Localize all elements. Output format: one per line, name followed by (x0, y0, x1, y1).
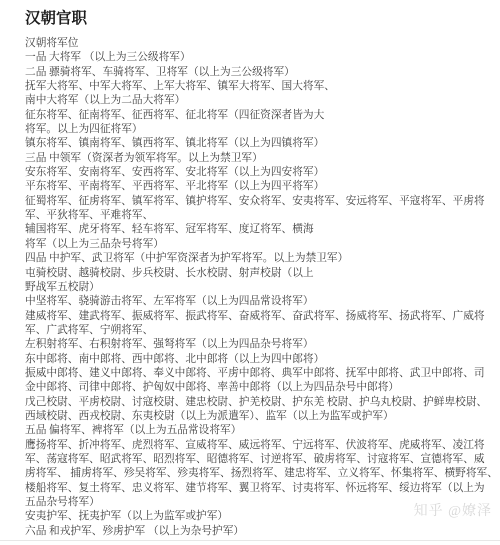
text-line: 东中郎将、南中郎将、西中郎将、北中郎将（以上为四中郎将） (25, 352, 500, 366)
text-line: 西域校尉、西戎校尉、东夷校尉（以上为派遣军）、监军（以上为监军或护军） (25, 409, 500, 423)
text-line: 金中郎将、司律中郎将、护匈奴中郎将、率善中郎将（以上为四品杂号中郎将） (25, 380, 500, 394)
text-line: 楼船将军、复土将军、忠义将军、建节将军、翼卫将军、讨夷将军、怀远将军、绥边将军（… (25, 481, 500, 495)
text-line: 四品 中护军、武卫将军（中护军资深者为护军将军。以上为禁卫军） (25, 251, 500, 265)
text-line: 征东将军、征南将军、征西将军、征北将军（四征资深者皆为大 (25, 108, 500, 122)
text-line: 建威将军、建武将军、振威将军、振武将军、奋威将军、奋武将军、扬威将军、扬武将军、… (25, 309, 500, 323)
text-line: 军、广武将军、宁朔将军、 (25, 323, 500, 337)
zhihu-watermark: 知乎 @嫽泽 (414, 504, 492, 520)
text-line: 军、平狄将军、平难将军、 (25, 208, 500, 222)
text-line: 五品 偏将军、裨将军（以上为五品常设将军） (25, 423, 500, 437)
text-line: 汉朝将军位 (25, 36, 500, 50)
text-line: 二品 骠骑将军、车骑将军、卫将军（以上为三公级将军） (25, 65, 500, 79)
text-line: 抚军大将军、中军大将军、上军大将军、镇军大将军、国大将军、 (25, 79, 500, 93)
bottom-divider (0, 540, 500, 541)
text-line: 野战军五校尉） (25, 280, 500, 294)
text-line: 征蜀将军、征虏将军、镇军将军、镇护将军、安众将军、安夷将军、安远将军、平寇将军、… (25, 194, 500, 208)
text-line: 虏将军、 捕虏将军、殄吴将军、殄夷将军、扬烈将军、建忠将军、立义将军、怀集将军、… (25, 466, 500, 480)
text-line: 鹰扬将军、折冲将军、虎烈将军、宣威将军、威远将军、宁远将军、伏波将军、虎威将军、… (25, 438, 500, 452)
text-line: 将军。以上为四征将军） (25, 122, 500, 136)
text-line: 辅国将军、虎牙将军、轻车将军、冠军将军、度辽将军、横海 (25, 222, 500, 236)
text-line: 军、荡寇将军、昭武将军、昭烈将军、昭德将军、讨逆将军、破虏将军、讨寇将军、宣德将… (25, 452, 500, 466)
text-line: 一品 大将军 （以上为三公级将军） (25, 50, 500, 64)
text-line: 中坚将军、骁骑游击将军、左军将军（以上为四品常设将军） (25, 294, 500, 308)
text-line: 三品 中领军（资深者为领军将军。以上为禁卫军） (25, 151, 500, 165)
text-line: 平东将军、平南将军、平西将军、平北将军（以上为四平将军） (25, 179, 500, 193)
text-line: 安东将军、安南将军、安西将军、安北将军（以上为四安将军） (25, 165, 500, 179)
document-body: 汉朝将军位一品 大将军 （以上为三公级将军）二品 骠骑将军、车骑将军、卫将军（以… (0, 28, 500, 538)
text-line: 左积射将军、右积射将军、强弩将军（以上为四品杂号将军） (25, 337, 500, 351)
document-page: 汉朝官职 汉朝将军位一品 大将军 （以上为三公级将军）二品 骠骑将军、车骑将军、… (0, 0, 500, 545)
page-title: 汉朝官职 (0, 0, 500, 28)
text-line: 将军（以上为三品杂号将军） (25, 237, 500, 251)
text-line: 六品 和戎护军、殄虏护军 （以上为杂号护军） (25, 524, 500, 538)
text-line: 振威中郎将、建义中郎将、奉义中郎将、平虏中郎将、典军中郎将、抚军中郎将、武卫中郎… (25, 366, 500, 380)
text-line: 戊己校尉、平虏校尉、讨寇校尉、建忠校尉、护羌校尉、护东羌 校尉、护乌丸校尉、护鲜… (25, 395, 500, 409)
text-line: 屯骑校尉、越骑校尉、步兵校尉、长水校尉、射声校尉（以上 (25, 266, 500, 280)
text-line: 南中大将军（以上为二品大将军） (25, 93, 500, 107)
text-line: 镇东将军、镇南将军、镇西将军、镇北将军（以上为四镇将军） (25, 136, 500, 150)
